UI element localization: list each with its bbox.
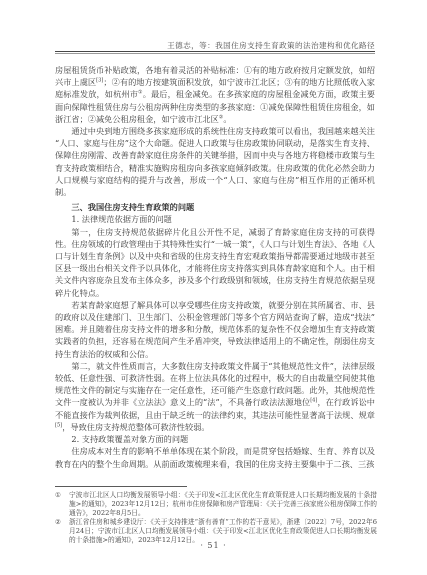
paragraph-lifecycle-cost: 住房成本对生育的影响不单单体现在某个阶段，而是贯穿包括婚嫁、生育、养育以及教育在… <box>55 445 375 469</box>
footnote-marker: ① <box>55 491 69 518</box>
section-heading-problems: 三、我国住房支持生育政策的问题 <box>55 201 375 213</box>
footnote-item: ① 宁波市江北区人口均衡发展领导小组：《关于印发<江北区优化生育政策促进人口长期… <box>55 491 377 518</box>
paragraph-policy-synergy: 通过中央到地方围绕多孩家庭形成的系统性住房支持政策可以看出，我国越来越关注“人口… <box>55 125 375 198</box>
footnotes: ① 宁波市江北区人口均衡发展领导小组：《关于印发<江北区优化生育政策促进人口长期… <box>55 486 377 545</box>
header-rule <box>55 51 375 54</box>
page-number: · 51 · <box>0 541 427 550</box>
journal-page: 王德志，等：我国住房支持生育政策的法治建构和优化路径 房屋租赁货币补贴政策，各地… <box>0 0 427 575</box>
footnote-separator <box>55 486 187 487</box>
subsection-heading-coverage: 2. 支持政策覆盖对象方面的问题 <box>55 433 375 445</box>
running-header: 王德志，等：我国住房支持生育政策的法治建构和优化路径 <box>55 40 375 51</box>
article-body: 房屋租赁货币补贴政策，各地有着灵活的补贴标准：①有的地方政府按月定额发放，如绍兴… <box>55 64 375 470</box>
subsection-heading-legal-basis: 1. 法律规范依据方面的问题 <box>55 213 375 225</box>
footnote-text: 宁波市江北区人口均衡发展领导小组：《关于印发<江北区优化生育政策促进人口长期均衡… <box>69 491 377 518</box>
paragraph-finding-law-difficulty: 若某育龄家庭想了解具体可以享受哪些住房支持政策，就要分别在其所属省、市、县的政府… <box>55 299 375 360</box>
paragraph-fragmentation: 第一，住房支持规范依据碎片化且公开性不足，减弱了育龄家庭住房支持的可获得性。住房… <box>55 226 375 299</box>
paragraph-document-nature: 第二，就文件性质而言，大多数住房支持政策文件属于“其他规范性文件”，法律层级较低… <box>55 360 375 433</box>
paragraph-rental-subsidy-continuation: 房屋租赁货币补贴政策，各地有着灵活的补贴标准：①有的地方政府按月定额发放，如绍兴… <box>55 64 375 125</box>
